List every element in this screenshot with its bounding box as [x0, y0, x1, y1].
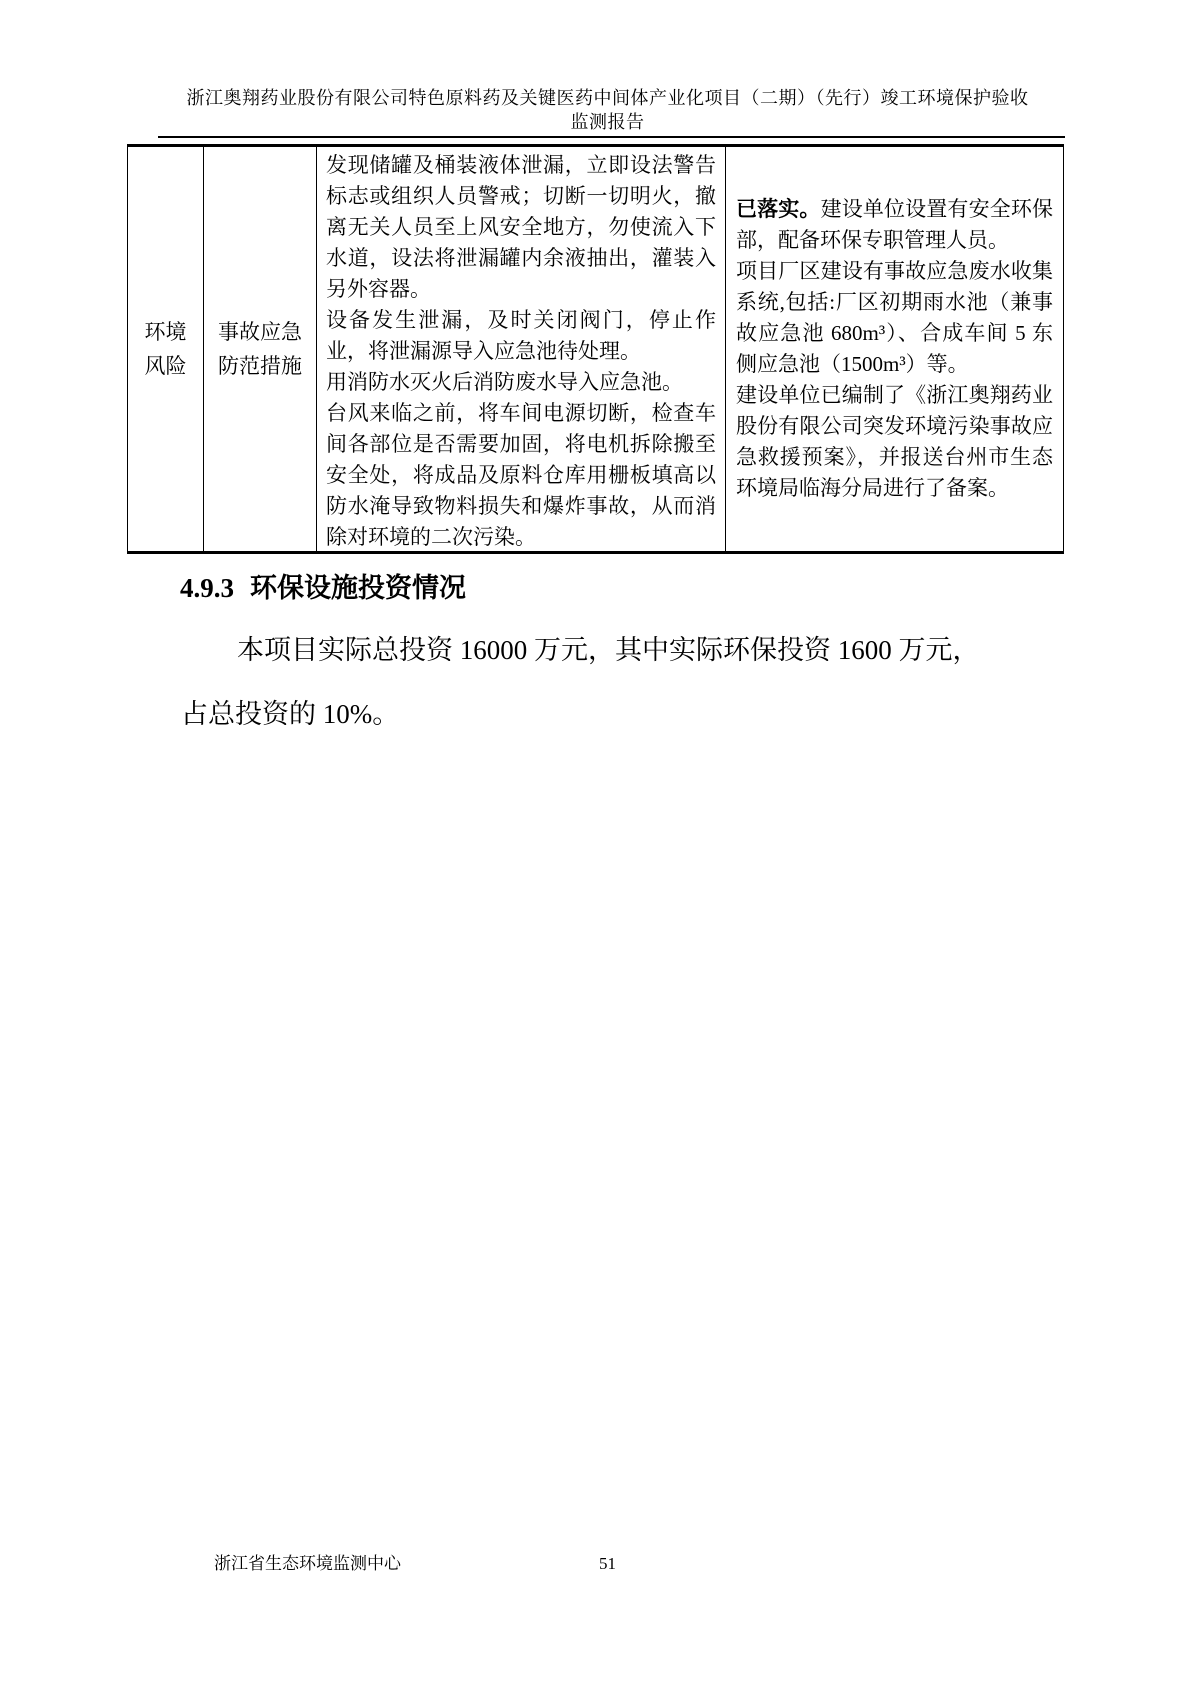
body-paragraph-line: 占总投资的 10%。	[181, 697, 399, 731]
table-cell-measures: 发现储罐及桶装液体泄漏，立即设法警告标志或组织人员警戒；切断一切明火，撤离无关人…	[316, 147, 725, 551]
header-title-line1: 浙江奥翔药业股份有限公司特色原料药及关键医药中间体产业化项目（二期）（先行）竣工…	[150, 86, 1065, 110]
implementation-paragraph: 项目厂区建设有事故应急废水收集系统,包括:厂区初期雨水池（兼事故应急池 680m…	[736, 256, 1053, 380]
risk-table: 环境 风险 事故应急 防范措施 发现储罐及桶装液体泄漏，立即设法警告标志或组织人…	[127, 144, 1064, 554]
table-cell-category: 环境 风险	[128, 147, 203, 551]
footer-organization: 浙江省生态环境监测中心	[214, 1554, 401, 1574]
table-cell-row-label: 事故应急 防范措施	[203, 147, 316, 551]
header-title-line2: 监测报告	[150, 110, 1065, 134]
row-label-line: 防范措施	[218, 349, 302, 383]
document-page: 浙江奥翔药业股份有限公司特色原料药及关键医药中间体产业化项目（二期）（先行）竣工…	[0, 0, 1190, 1683]
measure-paragraph: 设备发生泄漏，及时关闭阀门，停止作业，将泄漏源导入应急池待处理。	[326, 305, 716, 367]
header-rule	[158, 136, 1065, 138]
implementation-paragraph: 建设单位已编制了《浙江奥翔药业股份有限公司突发环境污染事故应急救援预案》，并报送…	[736, 380, 1053, 504]
section-number: 4.9.3	[180, 573, 234, 603]
table-cell-implementation: 已落实。建设单位设置有安全环保部，配备环保专职管理人员。 项目厂区建设有事故应急…	[725, 147, 1063, 551]
implementation-paragraph: 已落实。建设单位设置有安全环保部，配备环保专职管理人员。	[736, 194, 1053, 256]
section-title: 环保设施投资情况	[250, 573, 466, 603]
implemented-status-label: 已落实。	[736, 197, 821, 221]
measure-paragraph: 用消防水灭火后消防废水导入应急池。	[326, 367, 716, 398]
section-heading: 4.9.3环保设施投资情况	[180, 572, 466, 604]
body-paragraph-line: 本项目实际总投资 16000 万元，其中实际环保投资 1600 万元，	[237, 633, 980, 667]
measure-paragraph: 发现储罐及桶装液体泄漏，立即设法警告标志或组织人员警戒；切断一切明火，撤离无关人…	[326, 150, 716, 305]
measure-paragraph: 台风来临之前，将车间电源切断，检查车间各部位是否需要加固，将电机拆除搬至安全处，…	[326, 398, 716, 553]
category-line: 环境	[145, 315, 187, 349]
category-line: 风险	[145, 349, 187, 383]
row-label-line: 事故应急	[218, 315, 302, 349]
